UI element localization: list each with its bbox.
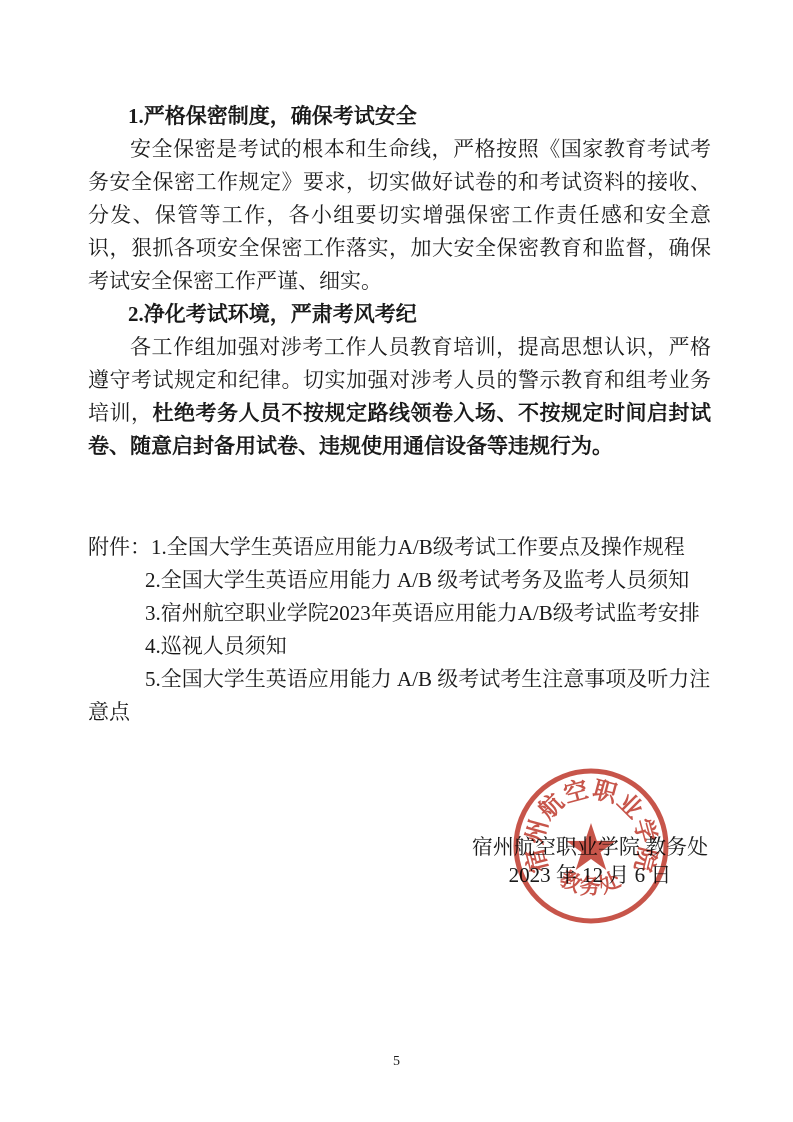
attachments-first-row: 附件：1.全国大学生英语应用能力A/B级考试工作要点及操作规程: [88, 531, 711, 564]
section-1-heading: 1.严格保密制度，确保考试安全: [88, 100, 711, 133]
attachment-item-4: 4.巡视人员须知: [145, 630, 711, 663]
attachments-block: 附件：1.全国大学生英语应用能力A/B级考试工作要点及操作规程 2.全国大学生英…: [88, 531, 711, 729]
document-body: 1.严格保密制度，确保考试安全 安全保密是考试的根本和生命线，严格按照《国家教育…: [88, 100, 711, 729]
attachments-label: 附件：: [88, 535, 151, 559]
attachment-item-1: 1.全国大学生英语应用能力A/B级考试工作要点及操作规程: [151, 535, 685, 559]
page-number: 5: [0, 1052, 793, 1072]
attachment-item-2: 2.全国大学生英语应用能力 A/B 级考试考务及监考人员须知: [145, 564, 711, 597]
section-2-paragraph: 各工作组加强对涉考工作人员教育培训，提高思想认识，严格遵守考试规定和纪律。切实加…: [88, 331, 711, 463]
signature-issuer: 宿州航空职业学院 教务处: [440, 833, 740, 861]
section-2-heading: 2.净化考试环境，严肃考风考纪: [88, 298, 711, 331]
signature-date: 2023 年 12 月 6 日: [440, 861, 740, 889]
attachment-item-5: 5.全国大学生英语应用能力 A/B 级考试考生注意事项及听力注意点: [88, 663, 711, 729]
section-2-bold-emphasis-text: 杜绝考务人员不按规定路线领卷入场、不按规定时间启封试卷、随意启封备用试卷、违规使…: [88, 401, 711, 458]
section-1-paragraph: 安全保密是考试的根本和生命线，严格按照《国家教育考试考务安全保密工作规定》要求，…: [88, 133, 711, 298]
attachment-item-3: 3.宿州航空职业学院2023年英语应用能力A/B级考试监考安排: [145, 597, 711, 630]
document-page: 1.严格保密制度，确保考试安全 安全保密是考试的根本和生命线，严格按照《国家教育…: [0, 0, 793, 1122]
signature-block: 宿州航空职业学院 教务处 2023 年 12 月 6 日: [440, 833, 740, 889]
